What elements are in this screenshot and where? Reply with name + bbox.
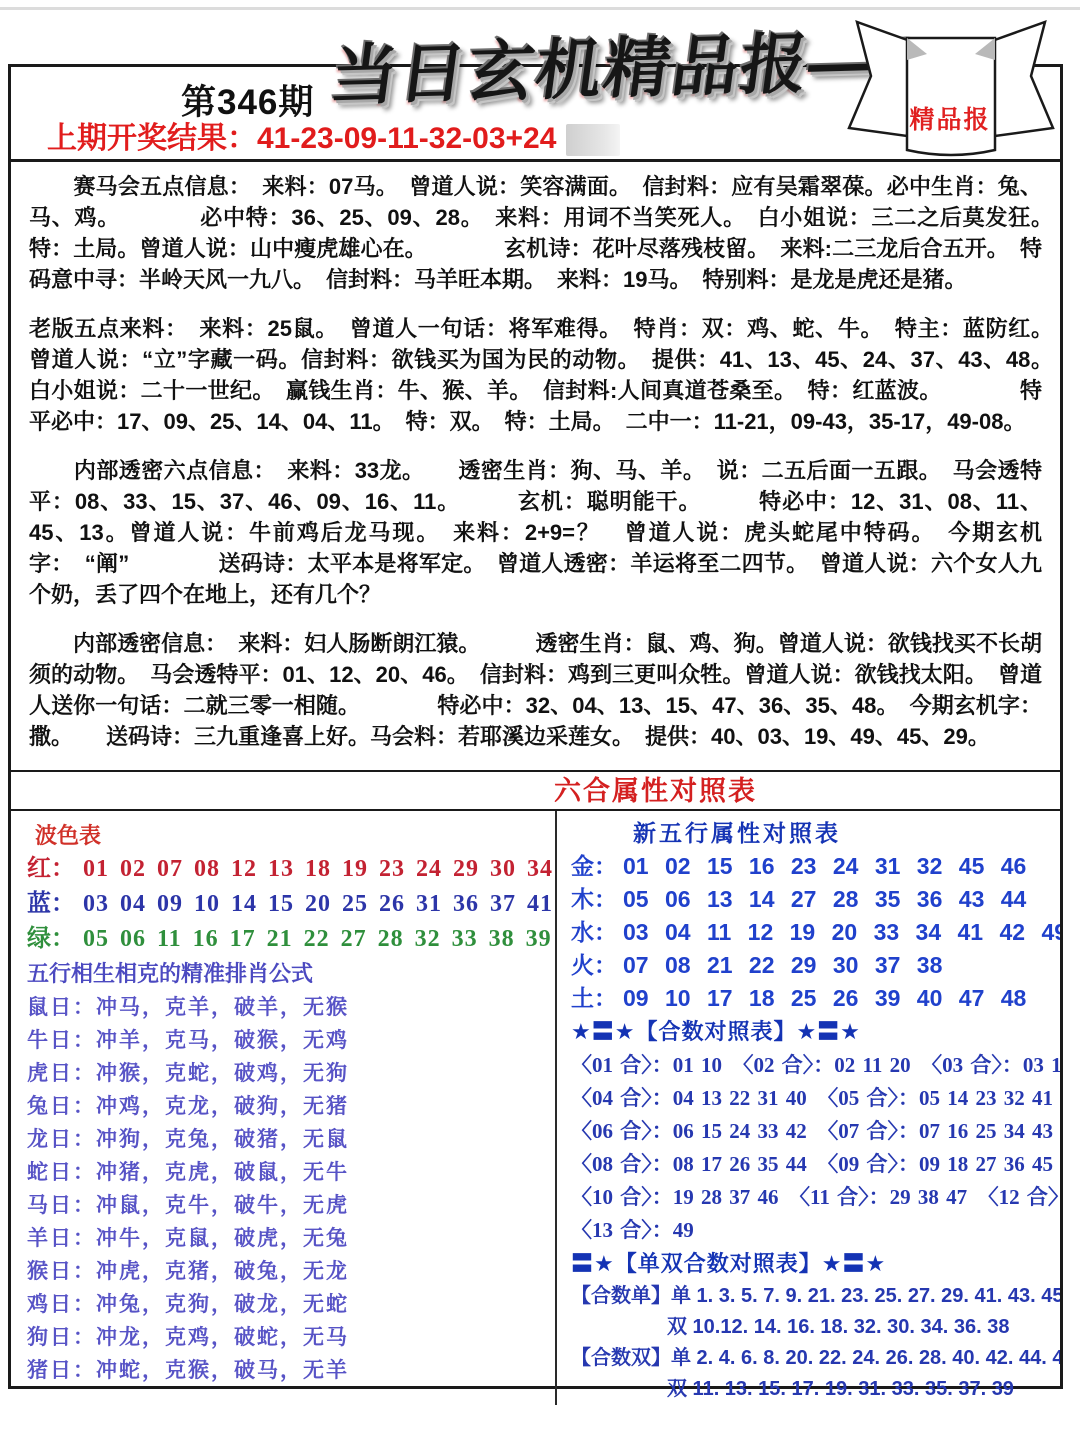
last-result-line: 上期开奖结果：41-23-09-11-32-03+24 <box>47 113 620 157</box>
attribute-columns: 波色表 红：01 02 07 08 12 13 18 19 23 24 29 3… <box>11 811 1060 1405</box>
sum-table-row: 〈10 合〉：19 28 37 46 〈11 合〉：29 38 47 〈12 合… <box>571 1181 1052 1214</box>
five-elements-numbers: 03 04 11 12 19 20 33 34 41 42 49 <box>623 919 1060 945</box>
sum-table-row: 〈01 合〉：01 10 〈02 合〉：02 11 20 〈03 合〉：03 1… <box>571 1049 1052 1082</box>
banner-label: 精品报 <box>905 100 995 136</box>
five-elements-label: 土： <box>571 985 617 1011</box>
five-elements-row: 木：05 06 13 14 27 28 35 36 43 44 <box>571 883 1052 916</box>
attribute-table-header: 六合属性对照表 <box>11 770 1060 811</box>
tips-paragraph: 老版五点来料： 来料：25鼠。 曾道人一句话：将军难得。 特肖：双：鸡、蛇、牛。… <box>29 313 1042 437</box>
zodiac-row: 羊日：冲牛，克鼠，破虎，无兔 <box>27 1222 545 1255</box>
last-result-label: 上期开奖结果： <box>47 122 257 155</box>
five-elements-numbers: 09 10 17 18 25 26 39 40 47 48 <box>623 985 1026 1011</box>
zodiac-row: 虎日：冲猴，克蛇，破鸡，无狗 <box>27 1057 545 1090</box>
oddeven-sum-row: 【合数双】单 2. 4. 6. 8. 20. 22. 24. 26. 28. 4… <box>571 1343 1052 1374</box>
five-elements-table: 金：01 02 15 16 23 24 31 32 45 46 木：05 06 … <box>571 850 1052 1015</box>
oddeven-sum-table: 【合数单】单 1. 3. 5. 7. 9. 21. 23. 25. 27. 29… <box>571 1281 1052 1405</box>
color-wave-row: 绿：05 06 11 16 17 21 22 27 28 32 33 38 39… <box>27 922 545 957</box>
sum-table-row: 〈08 合〉：08 17 26 35 44 〈09 合〉：09 18 27 36… <box>571 1148 1052 1181</box>
color-wave-title: 波色表 <box>27 819 545 852</box>
color-wave-row: 红：01 02 07 08 12 13 18 19 23 24 29 30 34… <box>27 852 545 887</box>
document-frame: 第346期 当日玄机精品报—B 上期开奖结果：41-23-09-11-32-03… <box>8 64 1063 1389</box>
page: 第346期 当日玄机精品报—B 上期开奖结果：41-23-09-11-32-03… <box>0 0 1080 1440</box>
sum-table-row: 〈13 合〉：49 <box>571 1214 1052 1247</box>
zodiac-row: 猴日：冲虎，克猪，破兔，无龙 <box>27 1255 545 1288</box>
oddeven-sum-row: 双 10.12. 14. 16. 18. 32. 30. 34. 36. 38 <box>571 1312 1052 1343</box>
masthead-3d-title: 当日玄机精品报—B <box>326 7 934 118</box>
five-elements-numbers: 01 02 15 16 23 24 31 32 45 46 <box>623 853 1026 879</box>
five-elements-numbers: 07 08 21 22 29 30 37 38 <box>623 952 942 978</box>
color-wave-label: 红： <box>27 856 75 882</box>
five-elements-row: 水：03 04 11 12 19 20 33 34 41 42 49 <box>571 916 1052 949</box>
zodiac-row: 龙日：冲狗，克兔，破猪，无鼠 <box>27 1123 545 1156</box>
five-elements-row: 火：07 08 21 22 29 30 37 38 <box>571 949 1052 982</box>
tips-paragraph: 赛马会五点信息： 来料：07马。 曾道人说：笑容满面。 信封料：应有吴霜翠葆。必… <box>29 171 1042 295</box>
tips-paragraphs: 赛马会五点信息： 来料：07马。 曾道人说：笑容满面。 信封料：应有吴霜翠葆。必… <box>11 162 1060 752</box>
color-wave-numbers: 05 06 11 16 17 21 22 27 28 32 33 38 39 4… <box>83 926 557 952</box>
color-wave-numbers: 01 02 07 08 12 13 18 19 23 24 29 30 34 3… <box>83 856 557 882</box>
five-elements-title: 新五行属性对照表 <box>571 817 1052 850</box>
censor-smudge <box>566 124 620 156</box>
right-column: 新五行属性对照表 金：01 02 15 16 23 24 31 32 45 46… <box>557 811 1060 1405</box>
oddeven-sum-title: 〓★【单双合数对照表】★〓★ <box>571 1247 1052 1281</box>
five-elements-row: 土：09 10 17 18 25 26 39 40 47 48 <box>571 982 1052 1015</box>
sum-table-title: ★〓★【合数对照表】★〓★ <box>571 1015 1052 1049</box>
zodiac-row: 鸡日：冲兔，克狗，破龙，无蛇 <box>27 1288 545 1321</box>
oddeven-sum-row: 双 11. 13. 15. 17. 19. 31. 33. 35. 37. 39 <box>571 1374 1052 1405</box>
five-elements-label: 火： <box>571 952 617 978</box>
left-column: 波色表 红：01 02 07 08 12 13 18 19 23 24 29 3… <box>11 811 557 1405</box>
color-wave-row: 蓝：03 04 09 10 14 15 20 25 26 31 36 37 41… <box>27 887 545 922</box>
five-elements-numbers: 05 06 13 14 27 28 35 36 43 44 <box>623 886 1026 912</box>
zodiac-formula-title: 五行相生相克的精准排肖公式 <box>27 957 545 991</box>
color-wave-label: 蓝： <box>27 891 75 917</box>
five-elements-label: 木： <box>571 886 617 912</box>
color-wave-numbers: 03 04 09 10 14 15 20 25 26 31 36 37 41 4… <box>83 891 557 917</box>
sum-table: 〈01 合〉：01 10 〈02 合〉：02 11 20 〈03 合〉：03 1… <box>571 1049 1052 1247</box>
zodiac-row: 猪日：冲蛇，克猴，破马，无羊 <box>27 1354 545 1387</box>
tips-paragraph: 内部透密信息： 来料：妇人肠断朗江猿。 透密生肖：鼠、鸡、狗。曾道人说：欲钱找买… <box>29 628 1042 752</box>
zodiac-row: 兔日：冲鸡，克龙，破狗，无猪 <box>27 1090 545 1123</box>
sum-table-row: 〈06 合〉：06 15 24 33 42 〈07 合〉：07 16 25 34… <box>571 1115 1052 1148</box>
tips-paragraph: 内部透密六点信息： 来料：33龙。 透密生肖：狗、马、羊。 说：二五后面一五跟。… <box>29 455 1042 610</box>
zodiac-row: 牛日：冲羊，克马，破猴，无鸡 <box>27 1024 545 1057</box>
color-wave-table: 红：01 02 07 08 12 13 18 19 23 24 29 30 34… <box>27 852 545 957</box>
five-elements-label: 水： <box>571 919 617 945</box>
color-wave-label: 绿： <box>27 926 75 952</box>
oddeven-sum-row: 【合数单】单 1. 3. 5. 7. 9. 21. 23. 25. 27. 29… <box>571 1281 1052 1312</box>
five-elements-label: 金： <box>571 853 617 879</box>
zodiac-row: 狗日：冲龙，克鸡，破蛇，无马 <box>27 1321 545 1354</box>
zodiac-row: 鼠日：冲马，克羊，破羊，无猴 <box>27 991 545 1024</box>
ribbon-banner-icon <box>845 10 1057 162</box>
sum-table-row: 〈04 合〉：04 13 22 31 40 〈05 合〉：05 14 23 32… <box>571 1082 1052 1115</box>
last-result-numbers: 41-23-09-11-32-03+24 <box>257 122 556 155</box>
five-elements-row: 金：01 02 15 16 23 24 31 32 45 46 <box>571 850 1052 883</box>
zodiac-row: 马日：冲鼠，克牛，破牛，无虎 <box>27 1189 545 1222</box>
zodiac-row: 蛇日：冲猪，克虎，破鼠，无牛 <box>27 1156 545 1189</box>
zodiac-formula-list: 鼠日：冲马，克羊，破羊，无猴 牛日：冲羊，克马，破猴，无鸡 虎日：冲猴，克蛇，破… <box>27 991 545 1387</box>
